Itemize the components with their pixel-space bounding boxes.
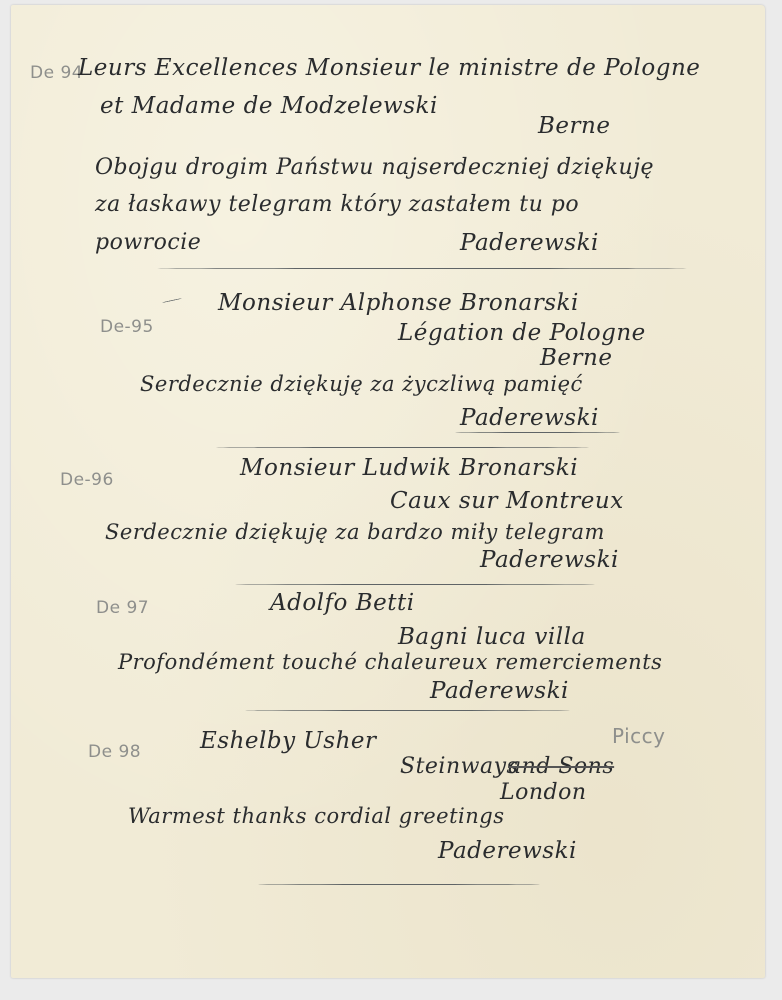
document-page <box>11 5 765 978</box>
separator-line <box>235 584 595 585</box>
address-line: Berne <box>538 113 610 139</box>
message-line: Serdecznie dziękuję za życzliwą pamięć <box>140 372 583 396</box>
address-line: Berne <box>540 345 612 371</box>
address-line: Leurs Excellences Monsieur le ministre d… <box>78 55 700 81</box>
separator-line <box>215 447 590 448</box>
signature: Paderewski <box>438 838 577 864</box>
entry-ref: De-96 <box>60 470 114 490</box>
message-line: Serdecznie dziękuję za bardzo miły teleg… <box>105 520 605 544</box>
entry-ref: De-95 <box>100 317 154 337</box>
message-line: Profondément touché chaleureux remerciem… <box>118 650 662 674</box>
entry-ref: De 94 <box>30 63 83 83</box>
signature: Paderewski <box>460 405 599 431</box>
separator-line <box>245 710 570 711</box>
message-line: za łaskawy telegram który zastałem tu po <box>95 192 579 217</box>
signature: Paderewski <box>430 678 569 704</box>
entry-ref: De 98 <box>88 742 141 762</box>
address-line: Monsieur Alphonse Bronarski <box>218 290 579 316</box>
separator-line <box>258 884 540 885</box>
message-line: Warmest thanks cordial greetings <box>128 804 505 828</box>
address-line: et Madame de Modzelewski <box>100 93 438 119</box>
address-line: Eshelby Usher <box>200 728 377 754</box>
separator-line <box>455 432 620 433</box>
signature: Paderewski <box>460 230 599 256</box>
struck-address-text: and Sons <box>508 754 614 779</box>
address-line: Légation de Pologne <box>398 320 646 346</box>
address-line: Monsieur Ludwik Bronarski <box>240 455 578 481</box>
address-line: Caux sur Montreux <box>390 488 624 514</box>
separator-line <box>156 268 688 269</box>
entry-ref: De 97 <box>96 598 149 618</box>
address-line: London <box>500 780 587 805</box>
message-line: Obojgu drogim Państwu najserdeczniej dzi… <box>95 155 654 180</box>
signature: Paderewski <box>480 547 619 573</box>
message-line: powrocie <box>95 230 201 255</box>
address-line: Bagni luca villa <box>398 624 586 650</box>
address-line: Adolfo Betti <box>270 590 415 616</box>
address-line: Steinways <box>400 754 518 779</box>
pencil-note: Piccy <box>612 724 666 748</box>
